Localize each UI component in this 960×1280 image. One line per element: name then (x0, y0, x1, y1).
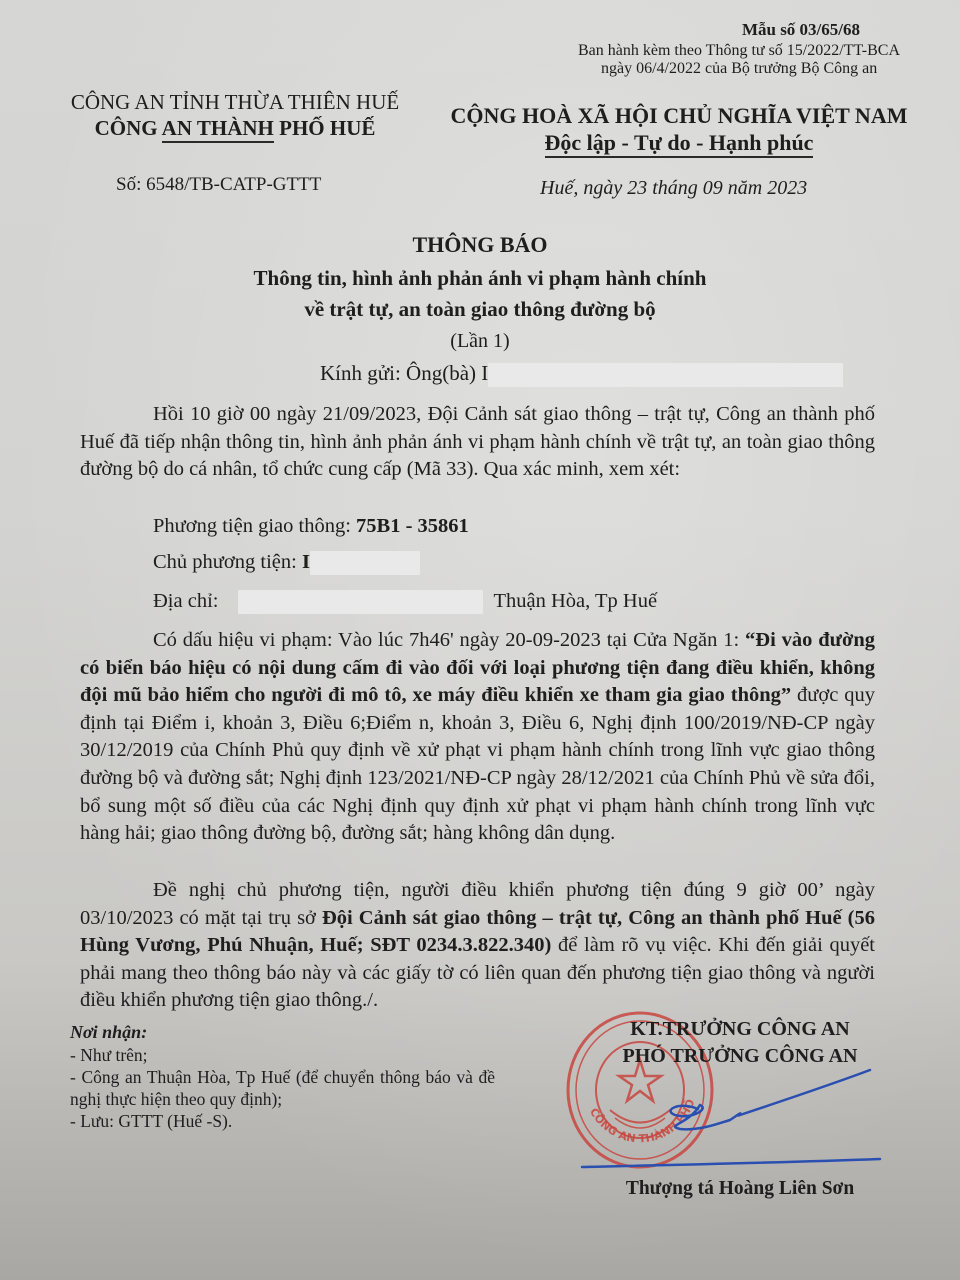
intro-text: Hồi 10 giờ 00 ngày 21/09/2023, Đội Cảnh … (80, 401, 875, 484)
nation-motto: Độc lập - Tự do - Hạnh phúc (440, 130, 918, 156)
document-subtitle-1: Thông tin, hình ảnh phản ánh vi phạm hàn… (0, 266, 960, 291)
redacted-owner (310, 551, 420, 575)
addressee-initial: I (481, 361, 488, 385)
request-paragraph: Đề nghị chủ phương tiện, người điều khiể… (80, 877, 875, 1015)
agency-name: CÔNG AN THÀNH PHỐ HUẾ (40, 116, 430, 141)
document-title: THÔNG BÁO (0, 232, 960, 258)
document-number: Số: 6548/TB-CATP-GTTT (116, 174, 321, 196)
redacted-address (238, 590, 483, 614)
violation-paragraph: Có dấu hiệu vi phạm: Vào lúc 7h46' ngày … (80, 627, 875, 848)
intro-paragraph: Hồi 10 giờ 00 ngày 21/09/2023, Đội Cảnh … (80, 401, 875, 484)
violation-legal-basis: được quy định tại Điểm i, khoản 3, Điều … (80, 684, 875, 844)
form-issued-line-1: Ban hành kèm theo Thông tư số 15/2022/TT… (578, 42, 900, 60)
address-label: Địa chỉ: (153, 590, 218, 612)
vehicle-plate: 75B1 - 35861 (356, 515, 469, 537)
recipients-block: Nơi nhận: - Như trên; - Công an Thuận Hò… (70, 1021, 495, 1132)
nation-name: CỘNG HOÀ XÃ HỘI CHỦ NGHĨA VIỆT NAM (440, 103, 918, 129)
address-visible: Thuận Hòa, Tp Huế (493, 590, 657, 612)
place-date: Huế, ngày 23 tháng 09 năm 2023 (540, 177, 807, 200)
owner-label: Chủ phương tiện: (153, 551, 302, 573)
redacted-name (488, 363, 843, 387)
agency-name-part: PHỐ HUẾ (274, 116, 376, 140)
nation-motto-text: Độc lập - Tự do - Hạnh phúc (545, 130, 814, 158)
addressee-label: Kính gửi: Ông(bà) (320, 361, 481, 385)
handwritten-signature-icon (570, 1065, 890, 1175)
recipient-item: - Công an Thuận Hòa, Tp Huế (để chuyển t… (70, 1066, 495, 1110)
document-subtitle-2: về trật tự, an toàn giao thông đường bộ (0, 297, 960, 322)
recipient-item: - Như trên; (70, 1044, 495, 1066)
owner-initial: I (302, 551, 310, 573)
recipient-item: - Lưu: GTTT (Huế -S). (70, 1110, 495, 1132)
recipients-heading: Nơi nhận: (70, 1021, 495, 1043)
vehicle-label: Phương tiện giao thông: (153, 515, 356, 537)
owner-field: Chủ phương tiện: I (153, 551, 420, 575)
form-number: Mẫu số 03/65/68 (0, 20, 860, 40)
violation-intro: Có dấu hiệu vi phạm: Vào lúc 7h46' ngày … (153, 629, 745, 651)
vehicle-field: Phương tiện giao thông: 75B1 - 35861 (153, 515, 469, 538)
addressee: Kính gửi: Ông(bà) I (320, 361, 843, 387)
signer-name: Thượng tá Hoàng Liên Sơn (540, 1178, 940, 1200)
form-issued-line-2: ngày 06/4/2022 của Bộ trưởng Bộ Công an (601, 60, 877, 78)
agency-name-part: CÔNG (95, 116, 162, 140)
address-field: Địa chỉ:Thuận Hòa, Tp Huế (153, 590, 657, 614)
signature-title-1: KT.TRƯỞNG CÔNG AN (540, 1018, 940, 1041)
agency-name-underlined: AN THÀNH (162, 116, 274, 143)
agency-parent: CÔNG AN TỈNH THỪA THIÊN HUẾ (40, 90, 430, 115)
attempt-number: (Lần 1) (0, 330, 960, 353)
